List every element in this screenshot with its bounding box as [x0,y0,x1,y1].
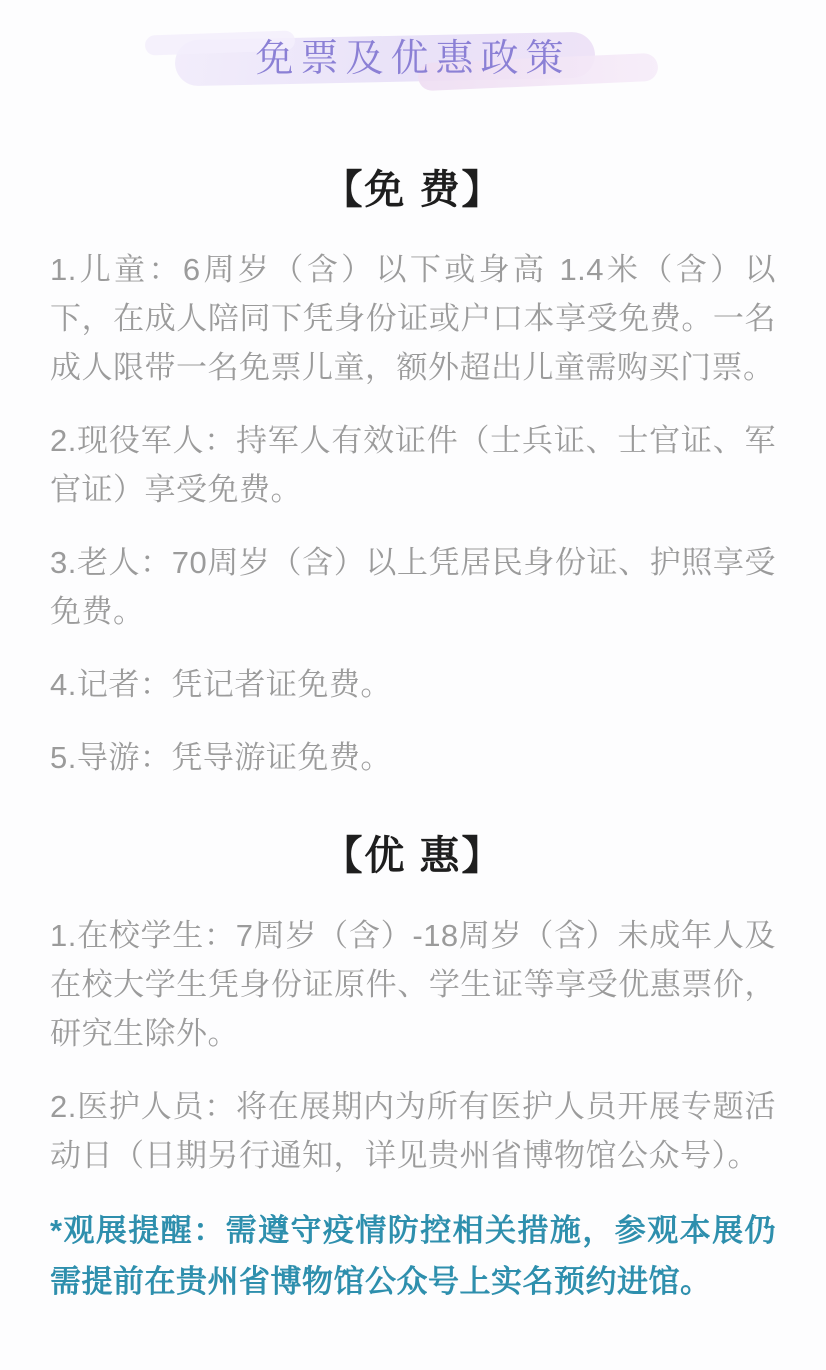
free-policy-item-journalists: 4.记者：凭记者证免费。 [50,660,776,709]
free-policy-item-military: 2.现役军人：持军人有效证件（士兵证、士官证、军官证）享受免费。 [50,416,776,514]
free-policy-item-seniors: 3.老人：70周岁（含）以上凭居民身份证、护照享受免费。 [50,538,776,636]
free-policy-item-children: 1.儿童：6周岁（含）以下或身高 1.4米（含）以下，在成人陪同下凭身份证或户口… [50,245,776,392]
section-heading-free: 【免 费】 [50,166,776,214]
free-policy-item-guides: 5.导游：凭导游证免费。 [50,733,776,782]
visit-reminder-note: *观展提醒：需遵守疫情防控相关措施，参观本展仍需提前在贵州省博物馆公众号上实名预… [50,1205,776,1307]
discount-policy-item-medical: 2.医护人员：将在展期内为所有医护人员开展专题活动日（日期另行通知，详见贵州省博… [50,1082,776,1180]
page-title: 免票及优惠政策 [163,28,663,90]
ticket-policy-notice: 免票及优惠政策 【免 费】 1.儿童：6周岁（含）以下或身高 1.4米（含）以下… [0,0,826,1370]
title-banner: 免票及优惠政策 [163,28,663,90]
section-heading-discount: 【优 惠】 [50,832,776,880]
discount-policy-item-students: 1.在校学生：7周岁（含）-18周岁（含）未成年人及在校大学生凭身份证原件、学生… [50,911,776,1058]
